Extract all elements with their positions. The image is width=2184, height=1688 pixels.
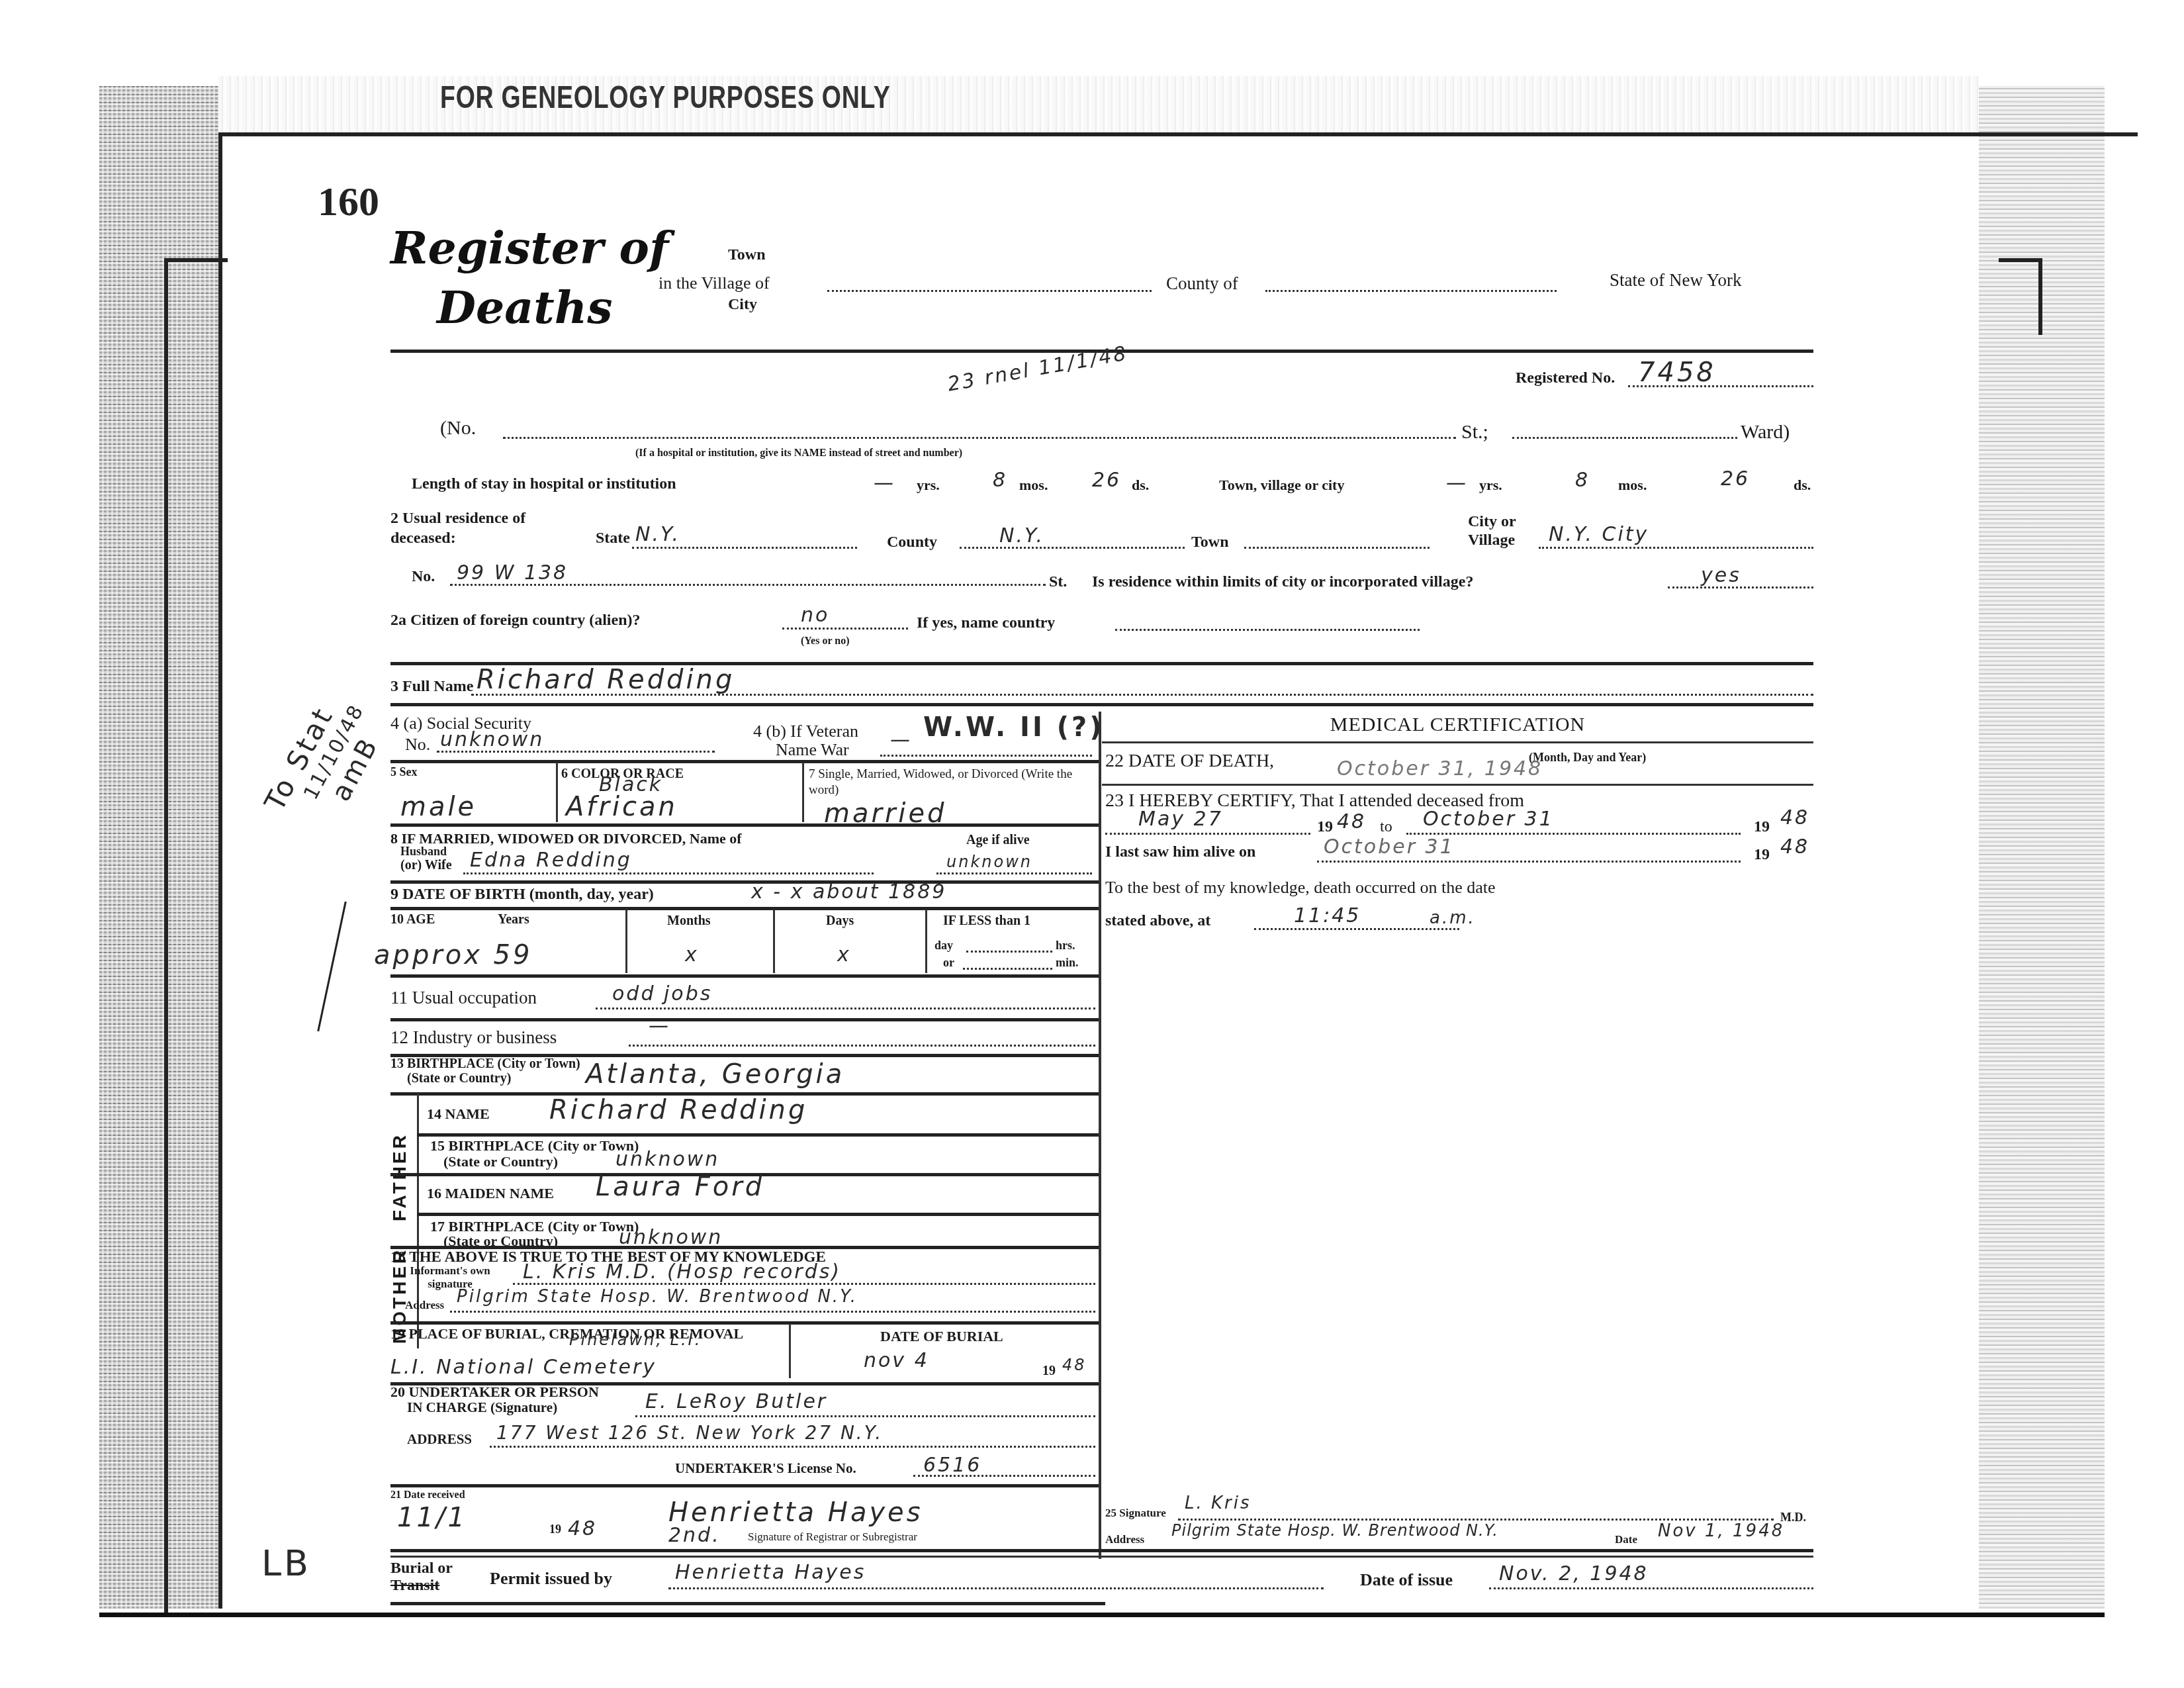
industry-value: — (649, 1014, 670, 1037)
undertaker-in-charge-label: IN CHARGE (Signature) (407, 1399, 557, 1416)
residence-city-field (1539, 547, 1813, 549)
burial-date-label: DATE OF BURIAL (880, 1328, 1003, 1345)
undertaker-address-label: ADDRESS (407, 1431, 472, 1448)
best-knowledge-label: To the best of my knowledge, death occur… (1105, 878, 1495, 898)
ssn-value: unknown (440, 728, 544, 751)
corner-initials: LB (261, 1542, 311, 1584)
cell-divider-3 (625, 910, 627, 973)
attended-to-year: 48 (1780, 806, 1809, 829)
state-label: State of New York (1610, 270, 1742, 291)
title-line-1: Register of (390, 222, 668, 275)
sex-value: male (400, 792, 477, 822)
medical-heading: MEDICAL CERTIFICATION (1102, 714, 1813, 736)
permit-rule-top-2 (390, 1556, 1813, 1558)
race-value-2: African (566, 792, 678, 822)
last-saw-label: I last saw him alive on (1105, 843, 1255, 861)
attended-from-year: 48 (1337, 810, 1366, 833)
place-no-field (503, 437, 1456, 439)
last-saw-year: 48 (1780, 835, 1809, 859)
informant-signature: L. Kris M.D. (Hosp records) (523, 1260, 841, 1284)
ds-label-2: ds. (1794, 477, 1811, 494)
cell-divider-5 (925, 910, 927, 973)
residence-state-field (632, 547, 857, 549)
death-ampm: a.m. (1430, 908, 1476, 928)
father-birthplace-value: unknown (615, 1148, 719, 1171)
undertaker-license-label: UNDERTAKER'S License No. (675, 1460, 856, 1477)
within-limits-label: Is residence within limits of city or in… (1092, 573, 1473, 591)
spouse-field (463, 872, 874, 874)
stay-hosp-ds: 26 (1092, 469, 1121, 492)
permit-rule-top (390, 1549, 1813, 1552)
undertaker-address-field (490, 1446, 1095, 1448)
burial-year: 48 (1062, 1356, 1087, 1374)
mother-name-value: Laura Ford (596, 1172, 764, 1202)
veteran-label: 4 (b) If Veteran (753, 722, 858, 741)
place-no-label: (No. (440, 417, 476, 440)
age-or-label: or (943, 956, 954, 970)
residence-label: 2 Usual residence of deceased: (390, 508, 589, 548)
undertaker-label: 20 UNDERTAKER OR PERSON (390, 1383, 599, 1401)
industry-label: 12 Industry or business (390, 1027, 557, 1048)
alien-label: 2a Citizen of foreign country (alien)? (390, 612, 641, 630)
permit-issued-by-field (668, 1587, 1324, 1589)
father-birthplace-sub: (State or Country) (443, 1153, 558, 1170)
residence-no-label: No. (412, 568, 435, 586)
informant-address-label: Address (405, 1299, 444, 1312)
mother-name-label: 16 MAIDEN NAME (427, 1185, 554, 1202)
permit-date-label: Date of issue (1360, 1570, 1453, 1590)
place-hint: (If a hospital or institution, give its … (635, 447, 962, 459)
row-rule-5 (390, 974, 1099, 978)
residence-city-label: City or Village (1468, 512, 1527, 549)
last-saw-field (1317, 861, 1741, 863)
place-ward-field (1512, 437, 1737, 439)
alien-field (782, 628, 908, 630)
page-number: 160 (318, 179, 379, 226)
permit-issued-by-label: Permit issued by (490, 1569, 612, 1589)
within-limits-value: yes (1701, 564, 1741, 587)
age-years-label: Years (498, 912, 529, 927)
registrar-note: 2nd. (668, 1524, 721, 1547)
burial-date: nov 4 (864, 1349, 929, 1372)
war-label: Name War (776, 740, 849, 760)
veteran-value: W.W. II (?) (923, 712, 1105, 743)
undertaker-sig-field (635, 1415, 1095, 1417)
page-edge-top (218, 132, 2138, 136)
residence-county-label: County (887, 534, 937, 551)
birthplace-label: 13 BIRTHPLACE (City or Town) (390, 1056, 580, 1072)
page-edge-bottom (99, 1613, 2105, 1617)
time-field (1254, 928, 1459, 930)
received-year: 48 (568, 1517, 597, 1540)
age-label: 10 AGE (390, 912, 435, 927)
age-hrs-field (966, 951, 1052, 953)
med-rule (1102, 741, 1813, 743)
father-name-label: 14 NAME (427, 1105, 490, 1123)
burial-place-1: Pinelawn, L.I. (569, 1331, 702, 1349)
age-less-label: IF LESS than 1 (943, 914, 1030, 929)
undertaker-license: 6516 (923, 1454, 981, 1477)
length-of-stay-label: Length of stay in hospital or institutio… (412, 475, 676, 493)
spouse-age-field (936, 872, 1092, 874)
father-birthplace-label: 15 BIRTHPLACE (City or Town) (430, 1137, 639, 1154)
stay-hosp-mos: 8 (993, 469, 1007, 492)
permit-rule-bottom (390, 1602, 1105, 1605)
from-year-prefix: 19 (1317, 818, 1333, 836)
occupation-field (596, 1008, 1095, 1009)
undertaker-signature: E. LeRoy Butler (645, 1390, 827, 1413)
residence-state-value: N.Y. (635, 523, 680, 546)
residence-no-value: 99 W 138 (457, 561, 568, 585)
age-min-field (963, 968, 1052, 970)
informant-address: Pilgrim State Hosp. W. Brentwood N.Y. (457, 1287, 858, 1307)
death-time: 11:45 (1294, 904, 1361, 927)
row-rule-15 (390, 1484, 1099, 1487)
registered-no-value: 7458 (1638, 357, 1716, 388)
town-label: Town (728, 246, 765, 264)
town-stay-label: Town, village or city (1219, 477, 1344, 494)
physician-sig-field (1178, 1519, 1774, 1521)
burial-year-prefix: 19 (1042, 1364, 1056, 1379)
industry-field (629, 1045, 1095, 1047)
physician-sig-label: 25 Signature (1105, 1507, 1166, 1520)
spouse-value: Edna Redding (470, 849, 632, 872)
attended-from: May 27 (1138, 808, 1223, 831)
residence-town-label: Town (1191, 534, 1228, 551)
last-saw-year-prefix: 19 (1754, 846, 1770, 864)
last-saw-value: October 31 (1324, 835, 1455, 859)
stay-town-yrs: — (1446, 471, 1468, 494)
ssn-no-label: No. (405, 735, 430, 755)
received-date: 11/1 (397, 1503, 467, 1533)
alien-country-label: If yes, name country (917, 614, 1055, 632)
row-rule-6 (390, 1018, 1099, 1021)
physician-address-label: Address (1105, 1533, 1144, 1546)
title-line-2: Deaths (437, 281, 612, 334)
stay-hosp-yrs: — (874, 471, 895, 494)
county-field (1265, 290, 1557, 292)
birthplace-value: Atlanta, Georgia (586, 1059, 844, 1090)
age-months-label: Months (667, 914, 711, 929)
row-rule-2 (390, 823, 1099, 827)
cell-divider-2 (802, 763, 804, 822)
city-label: City (728, 296, 757, 314)
burial-or-label: Burial or (390, 1560, 453, 1577)
alien-value: no (801, 604, 829, 627)
age-day-label: day (934, 939, 953, 953)
burial-place-2: L.I. National Cemetery (390, 1356, 657, 1379)
place-ward-label: Ward) (1741, 421, 1790, 444)
county-label: County of (1166, 273, 1238, 294)
to-label: to (1380, 818, 1392, 836)
physician-signature: L. Kris (1185, 1493, 1251, 1513)
residence-county-field (960, 547, 1185, 549)
attended-to-field (1406, 833, 1741, 835)
med-rule-2 (1102, 784, 1813, 786)
mos-label: mos. (1019, 477, 1048, 494)
spouse-age-label: Age if alive (966, 833, 1030, 848)
undertaker-address: 177 West 126 St. New York 27 N.Y. (496, 1422, 883, 1444)
spouse-age-value: unknown (946, 853, 1032, 871)
dob-label: 9 DATE OF BIRTH (month, day, year) (390, 886, 654, 904)
received-label: 21 Date received (390, 1489, 465, 1501)
residence-county-value: N.Y. (999, 524, 1044, 547)
column-divider (1099, 712, 1101, 1559)
age-hrs-label: hrs. (1056, 939, 1075, 953)
row-rule (390, 760, 1099, 763)
margin-stroke (317, 902, 347, 1031)
stay-town-ds: 26 (1721, 467, 1750, 491)
occupation-label: 11 Usual occupation (390, 988, 537, 1008)
alien-hint: (Yes or no) (801, 635, 849, 647)
to-year-prefix: 19 (1754, 818, 1770, 836)
sex-label: 5 Sex (390, 765, 418, 779)
death-date-hint: (Month, Day and Year) (1529, 751, 1646, 765)
corner-bracket-left (164, 258, 228, 1613)
yrs-label: yrs. (917, 477, 940, 494)
war-value: — (890, 728, 912, 751)
attended-from-field (1105, 833, 1310, 835)
age-days-label: Days (826, 914, 854, 929)
registered-no-label: Registered No. (1516, 369, 1615, 387)
cell-divider (556, 763, 558, 822)
age-years-value: approx 59 (374, 940, 533, 970)
genealogy-stamp: FOR GENEOLOGY PURPOSES ONLY (440, 79, 891, 116)
village-label: in the Village of (659, 273, 770, 293)
physician-date-label: Date (1615, 1533, 1637, 1546)
residence-city-value: N.Y. City (1549, 523, 1649, 546)
age-months-value: x (685, 943, 699, 966)
row-rule-4 (390, 907, 1099, 910)
village-field (827, 290, 1152, 292)
mos-label-2: mos. (1618, 477, 1647, 494)
margin-note: To Stat 11/10/48 amB (258, 685, 396, 842)
occupation-value: odd jobs (612, 982, 712, 1006)
permit-issued-by: Henrietta Hayes (675, 1561, 866, 1584)
war-field (880, 755, 1092, 757)
residence-town-field (1244, 547, 1430, 549)
dob-value: x - x about 1889 (751, 880, 946, 904)
father-name-value: Richard Redding (549, 1095, 807, 1125)
birthplace-sub-label: (State or Country) (407, 1071, 511, 1086)
cell-divider-6 (789, 1324, 791, 1378)
attended-to: October 31 (1423, 808, 1554, 831)
registrar-label: Signature of Registrar or Subregistrar (748, 1530, 917, 1544)
permit-date: Nov. 2, 1948 (1499, 1562, 1649, 1585)
received-year-prefix: 19 (549, 1523, 561, 1536)
row-rule-13 (390, 1321, 1099, 1325)
row-rule-3 (390, 880, 1099, 884)
wife-label: (or) Wife (400, 858, 452, 873)
age-min-label: min. (1056, 956, 1079, 970)
row-rule-11 (417, 1213, 1099, 1216)
yrs-label-2: yrs. (1479, 477, 1502, 494)
marital-label: 7 Single, Married, Widowed, or Divorced … (809, 767, 1087, 798)
stay-town-mos: 8 (1575, 469, 1590, 492)
place-st-label: St.; (1461, 421, 1488, 444)
permit-date-field (1489, 1587, 1813, 1589)
ds-label: ds. (1132, 477, 1149, 494)
residence-state-label: State (596, 530, 630, 547)
cell-divider-4 (773, 910, 775, 973)
alien-country-field (1115, 629, 1420, 631)
death-date-label: 22 DATE OF DEATH, (1105, 751, 1274, 772)
section-rule-2 (390, 703, 1813, 706)
full-name-label: 3 Full Name (390, 678, 473, 696)
transit-label: Transit (390, 1577, 439, 1595)
row-rule-9 (417, 1133, 1099, 1137)
death-date-value: October 31, 1948 (1337, 757, 1543, 780)
informant-address-field (450, 1311, 1095, 1313)
corner-bracket-right (1999, 258, 2042, 335)
residence-st-label: St. (1049, 573, 1067, 591)
stated-above-label: stated above, at (1105, 912, 1210, 930)
husband-label: Husband (400, 845, 447, 859)
age-days-value: x (837, 943, 851, 966)
full-name-value: Richard Redding (477, 665, 735, 695)
physician-address: Pilgrim State Hosp. W. Brentwood N.Y. (1171, 1521, 1498, 1540)
physician-date: Nov 1, 1948 (1658, 1521, 1784, 1541)
